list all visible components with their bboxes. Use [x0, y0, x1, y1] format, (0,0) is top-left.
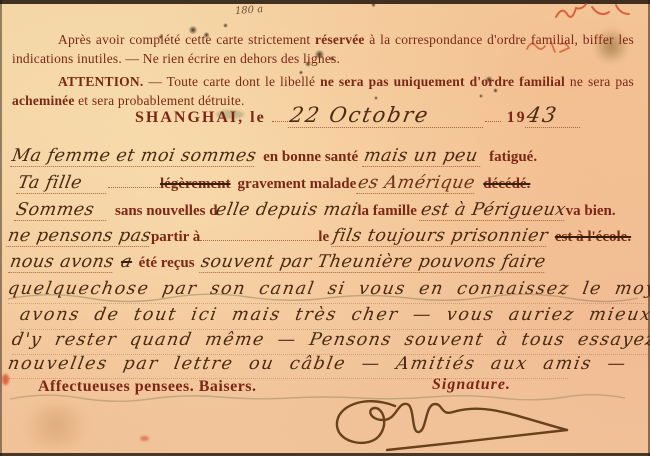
- attention-bold-1: ne sera pas uniquement d'ordre familial: [320, 74, 565, 89]
- handwritten-text: souvent par Theunière pouvons faire: [199, 252, 547, 273]
- handwritten-text: es Amérique: [356, 173, 478, 194]
- pencil-wave-1: [8, 292, 638, 304]
- attention-label: ATTENTION.: [58, 74, 143, 89]
- attention-text-2: ne sera pas: [565, 74, 634, 89]
- printed-text-struck: légèrement: [160, 176, 231, 193]
- printed-text: la famille: [357, 203, 417, 220]
- printed-text: sans nouvelles d: [115, 203, 218, 220]
- red-speck-bottom: [140, 436, 149, 441]
- attention-text-1: — Toute carte dont le libellé: [143, 74, 320, 89]
- dateline-date-handwritten: 22 Octobre: [287, 103, 486, 128]
- notice-1-text: Après avoir complété cette carte stricte…: [58, 32, 315, 47]
- handwritten-text: mais un peu: [362, 146, 484, 167]
- photo-edge-left: [0, 0, 2, 456]
- printed-text: fatigué.: [489, 149, 537, 166]
- form-line-illness: Ta fille légèrement gravement malade es …: [18, 173, 650, 197]
- form-line-health: Ma femme et moi sommes en bonne santé ma…: [12, 146, 648, 170]
- ink-blot: [223, 23, 228, 28]
- dateline-year-handwritten: 43: [524, 103, 583, 128]
- printed-text-struck: est à l'école.: [555, 229, 631, 246]
- printed-text-struck: décédé.: [483, 176, 530, 193]
- handwritten-text: Sommes: [14, 200, 110, 221]
- handwritten-text: ne pensons pas: [6, 226, 153, 247]
- blank-gap: [200, 240, 318, 241]
- printed-text: va bien.: [566, 203, 616, 220]
- signature-flourish: [295, 392, 595, 454]
- dateline-century: 19: [507, 109, 527, 126]
- dateline-gap2: [485, 121, 501, 122]
- form-line-news: Sommes sans nouvelles delle depuis mai l…: [16, 200, 650, 224]
- postcard: 180 a Après avoir complété cette carte s…: [0, 0, 650, 456]
- form-line-travel: ne pensons pas partir à le fils toujours…: [8, 226, 644, 250]
- notice-1-bold: réservée: [315, 32, 365, 47]
- handwritten-text: nous avons: [8, 252, 115, 273]
- notice-paragraph-1: Après avoir complété cette carte stricte…: [12, 30, 634, 68]
- pencil-corner-mark: 180 a: [235, 4, 264, 17]
- handwritten-text: elle depuis mai: [214, 200, 359, 220]
- printed-text: été reçus: [139, 255, 195, 272]
- red-censor-mark-top-right: [552, 2, 644, 26]
- dateline-gap: [272, 121, 290, 122]
- handwritten-text: Ta fille: [16, 173, 110, 194]
- printed-text: le: [318, 229, 329, 246]
- dateline-place: SHANGHAI, le: [135, 109, 266, 126]
- handwritten-line: d'y rester quand même — Pensons souvent …: [12, 330, 648, 355]
- handwritten-struck: a: [119, 252, 133, 272]
- printed-text: gravement malade: [238, 176, 357, 193]
- form-line-received: nous avons a été reçus souvent par Theun…: [10, 252, 646, 276]
- printed-text: partir à: [151, 229, 200, 246]
- handwritten-text: avons de tout ici mais très cher — vous …: [18, 305, 650, 325]
- handwritten-text: Ma femme et moi sommes: [10, 146, 258, 167]
- printed-text: en bonne santé: [263, 149, 358, 166]
- attention-bold-2: acheminée: [12, 93, 75, 108]
- handwritten-text: d'y rester quand même — Pensons souvent …: [10, 330, 650, 350]
- handwritten-text: est à Périgueux: [419, 200, 567, 221]
- dateline: SHANGHAI, le 22 Octobre 1943: [135, 103, 582, 128]
- handwritten-text: nouvelles par lettre ou câble — Amitiés …: [6, 354, 628, 374]
- handwritten-text: fils toujours prisonnier: [331, 226, 549, 247]
- faint-stain-bottom-left: [16, 405, 96, 447]
- ink-blot: [371, 3, 376, 7]
- handwritten-line: avons de tout ici mais très cher — vous …: [20, 305, 650, 330]
- blank-gap: [108, 187, 160, 188]
